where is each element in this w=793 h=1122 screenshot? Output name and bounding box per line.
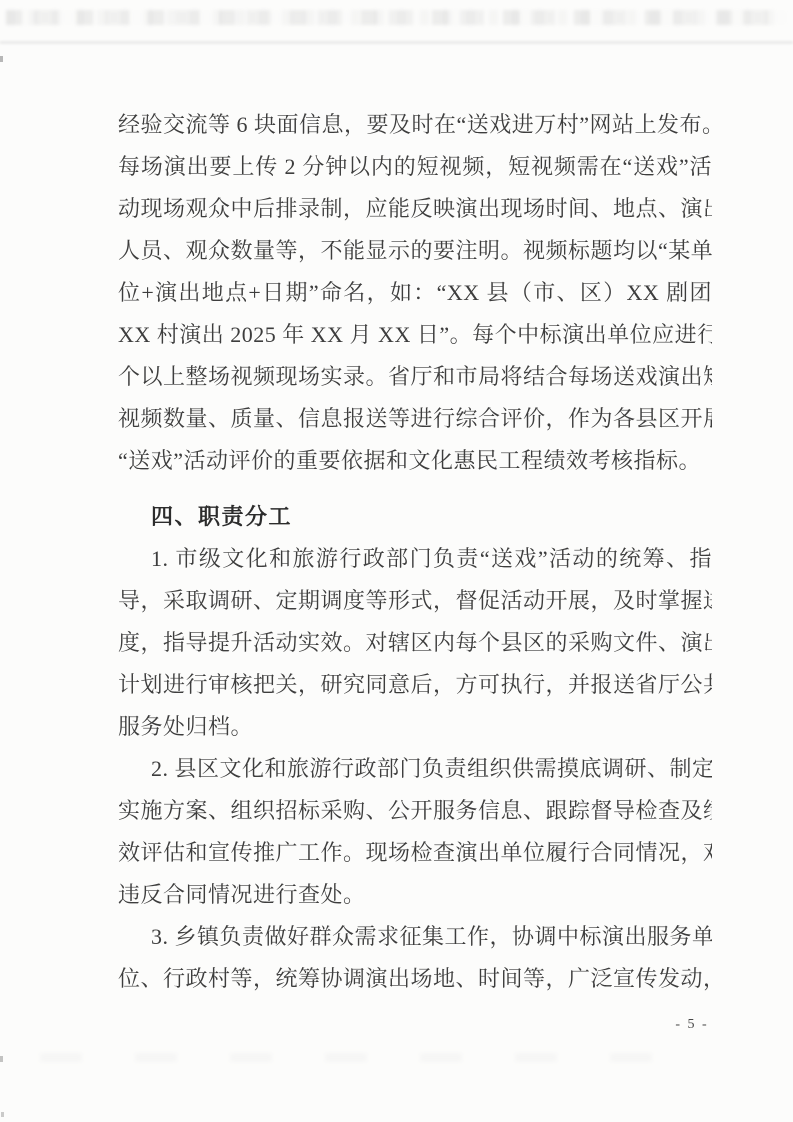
text-line: 每场演出要上传 2 分钟以内的短视频，短视频需在“送戏”活 xyxy=(118,146,712,188)
section-heading: 四、职责分工 xyxy=(118,496,712,538)
scan-artifact-edge-mark xyxy=(0,56,3,62)
text-line: 导，采取调研、定期调度等形式，督促活动开展，及时掌握进 xyxy=(118,580,712,622)
text-line: 视频数量、质量、信息报送等进行综合评价，作为各县区开展 xyxy=(118,398,712,440)
text-line: 度，指导提升活动实效。对辖区内每个县区的采购文件、演出 xyxy=(118,622,712,664)
page-number: - 5 - xyxy=(655,1017,729,1033)
text-line: 人员、观众数量等，不能显示的要注明。视频标题均以“某单 xyxy=(118,230,712,272)
text-line: 位+演出地点+日期”命名，如：“XX 县（市、区）XX 剧团 xyxy=(118,272,712,314)
text-line: 经验交流等 6 块面信息，要及时在“送戏进万村”网站上发布。 xyxy=(118,104,712,146)
text-line: 服务处归档。 xyxy=(118,706,712,748)
scan-artifact-top-smudge xyxy=(6,10,787,25)
numbered-paragraph-2: 2. 县区文化和旅游行政部门负责组织供需摸底调研、制定实施方案、组织招标采购、公… xyxy=(118,748,712,916)
text-line: 效评估和宣传推广工作。现场检查演出单位履行合同情况，对 xyxy=(118,832,712,874)
scan-artifact-edge-mark xyxy=(1,1112,4,1117)
text-line: 1. 市级文化和旅游行政部门负责“送戏”活动的统筹、指 xyxy=(118,538,712,580)
text-line: 计划进行审核把关，研究同意后，方可执行，并报送省厅公共 xyxy=(118,664,712,706)
text-line: 违反合同情况进行查处。 xyxy=(118,874,712,916)
text-line: 位、行政村等，统筹协调演出场地、时间等，广泛宣传发动， xyxy=(118,958,712,1000)
document-body: 经验交流等 6 块面信息，要及时在“送戏进万村”网站上发布。每场演出要上传 2 … xyxy=(118,104,712,1000)
scan-artifact-edge-mark xyxy=(0,1056,3,1062)
scan-artifact-bottom-smudge xyxy=(40,1053,660,1062)
numbered-paragraph-1: 1. 市级文化和旅游行政部门负责“送戏”活动的统筹、指导，采取调研、定期调度等形… xyxy=(118,538,712,748)
text-line: “送戏”活动评价的重要依据和文化惠民工程绩效考核指标。 xyxy=(118,440,712,482)
text-line: 3. 乡镇负责做好群众需求征集工作，协调中标演出服务单 xyxy=(118,916,712,958)
text-line: XX 村演出 2025 年 XX 月 XX 日”。每个中标演出单位应进行 1 xyxy=(118,314,712,356)
text-line: 个以上整场视频现场实录。省厅和市局将结合每场送戏演出短 xyxy=(118,356,712,398)
text-line: 动现场观众中后排录制，应能反映演出现场时间、地点、演出 xyxy=(118,188,712,230)
numbered-paragraph-3: 3. 乡镇负责做好群众需求征集工作，协调中标演出服务单位、行政村等，统筹协调演出… xyxy=(118,916,712,1000)
scanned-document-page: 经验交流等 6 块面信息，要及时在“送戏进万村”网站上发布。每场演出要上传 2 … xyxy=(0,0,793,1122)
continuation-paragraph: 经验交流等 6 块面信息，要及时在“送戏进万村”网站上发布。每场演出要上传 2 … xyxy=(118,104,712,482)
scan-artifact-top-line xyxy=(0,41,793,44)
text-line: 实施方案、组织招标采购、公开服务信息、跟踪督导检查及绩 xyxy=(118,790,712,832)
text-line: 2. 县区文化和旅游行政部门负责组织供需摸底调研、制定 xyxy=(118,748,712,790)
